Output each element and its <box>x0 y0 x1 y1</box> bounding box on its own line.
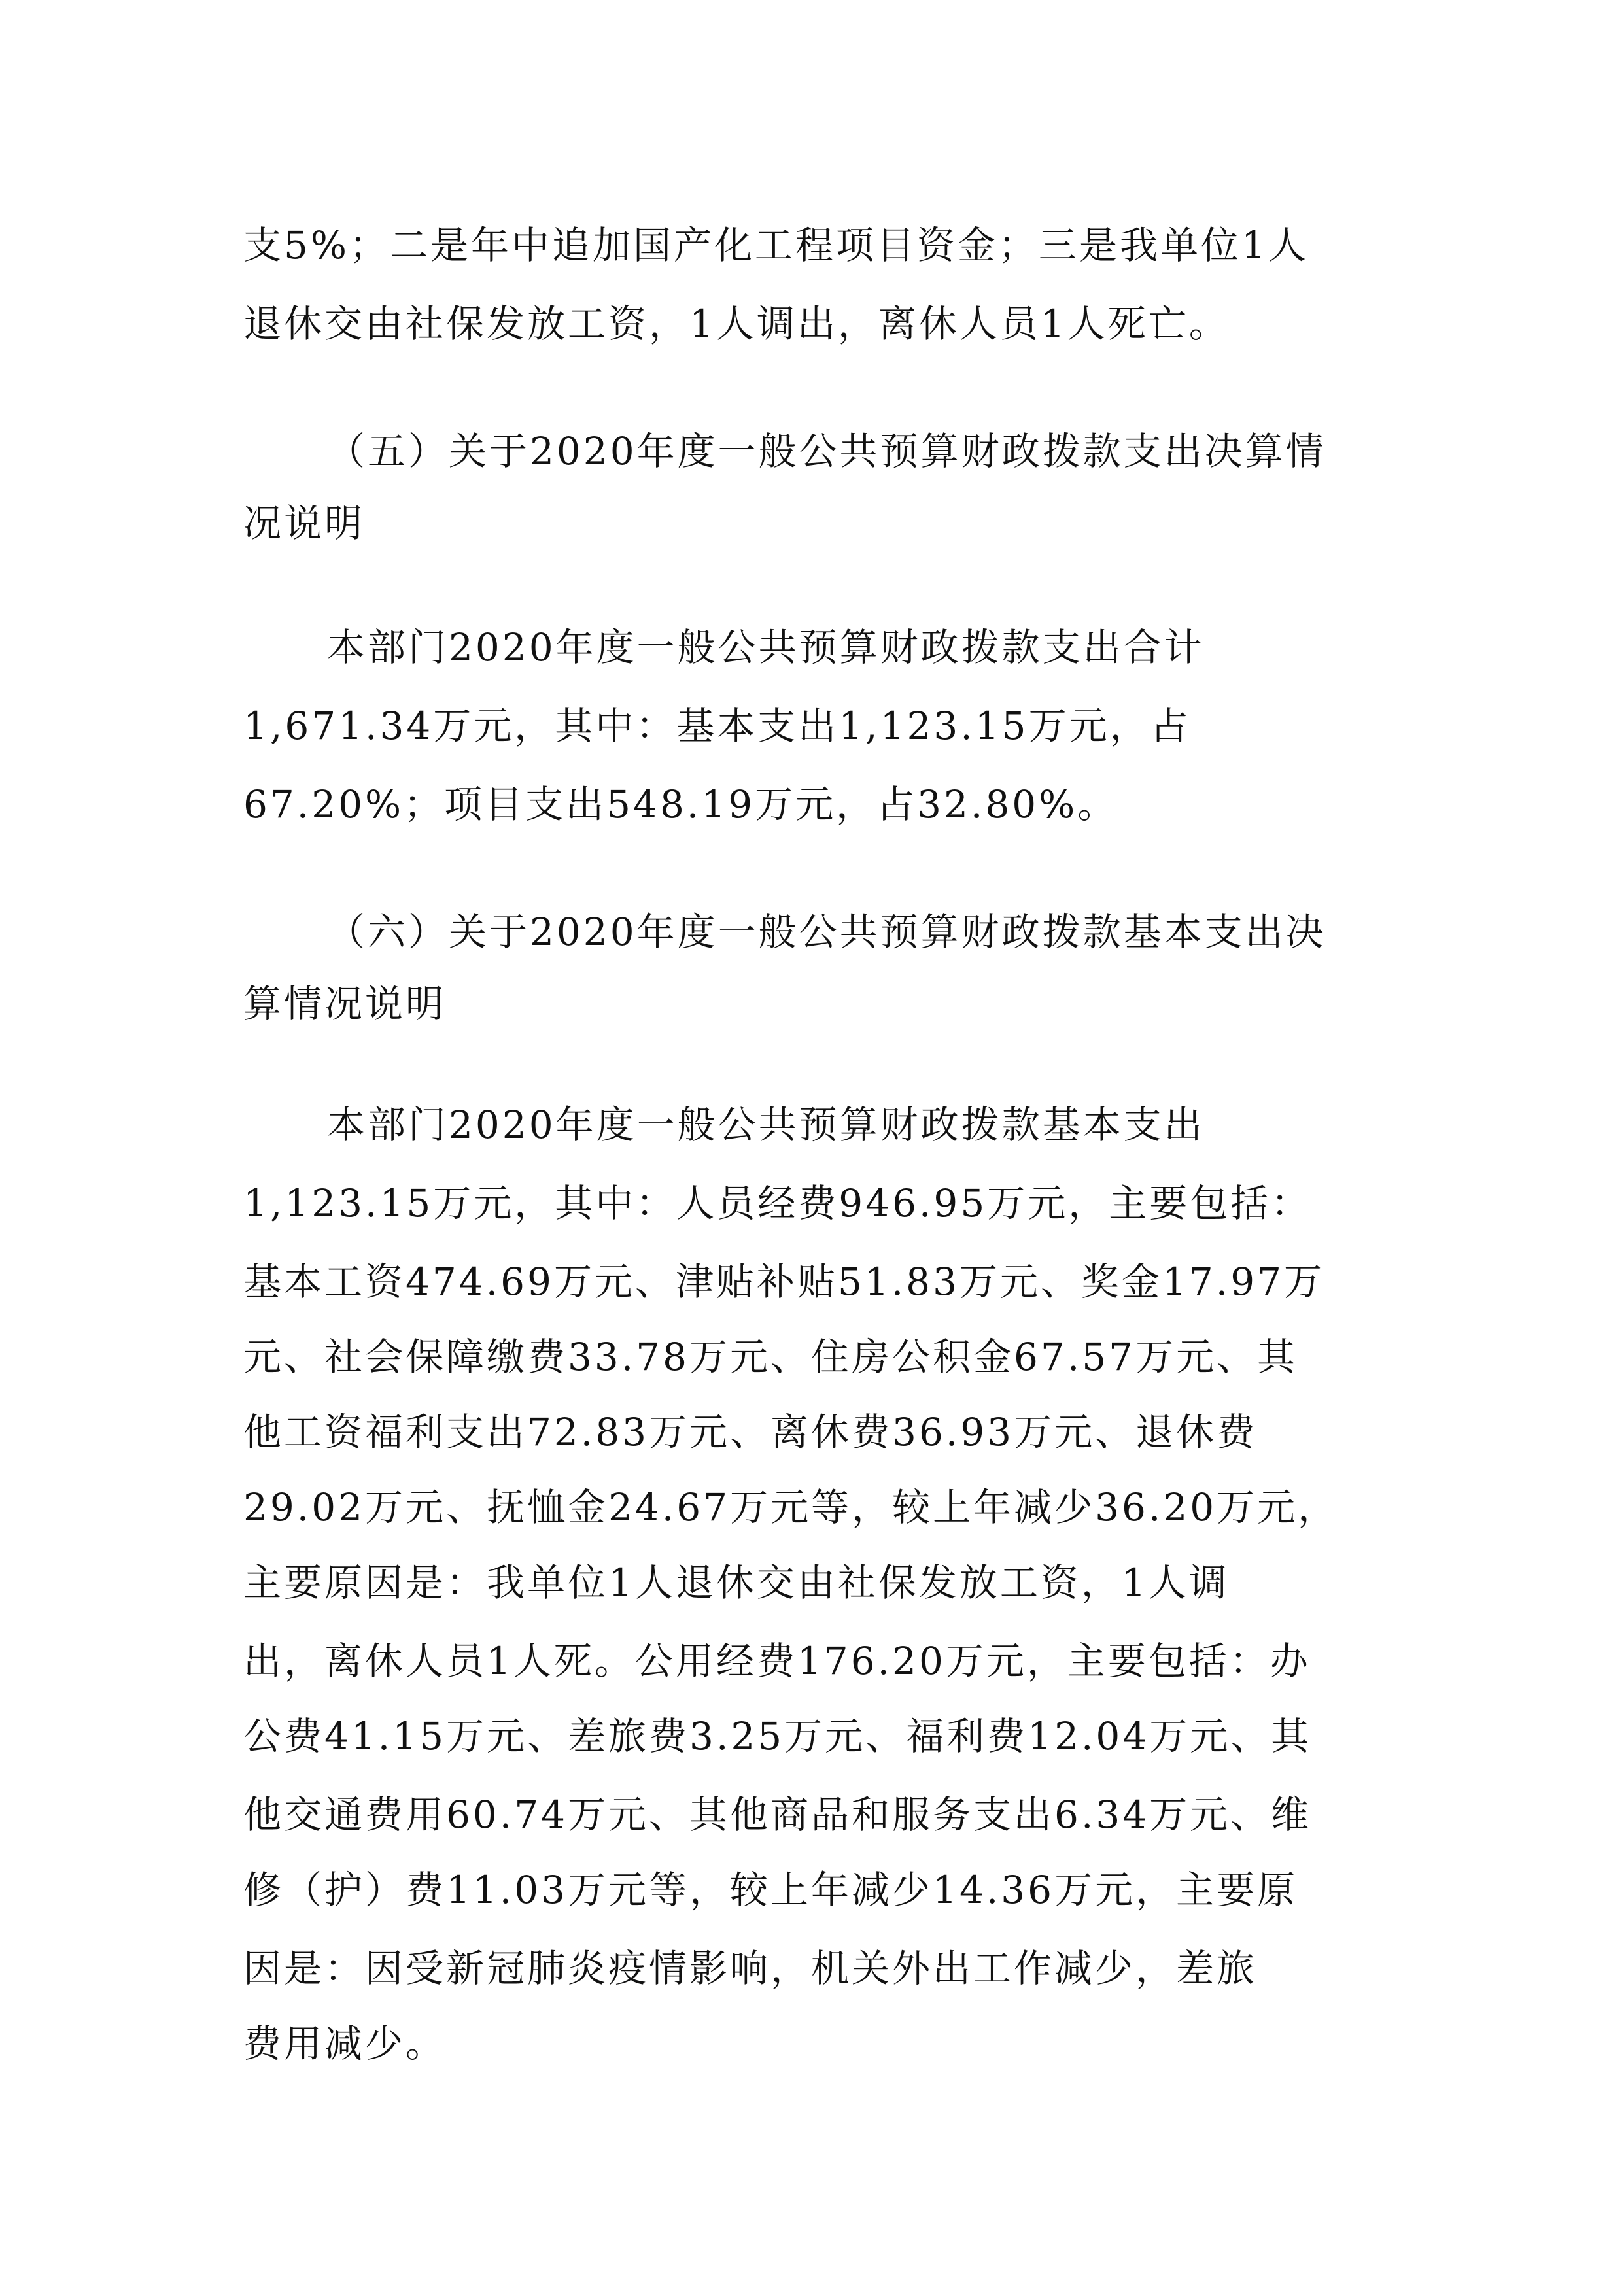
paragraph-line: 因是：因受新冠肺炎疫情影响，机关外出工作减少，差旅 <box>243 1945 1257 1991</box>
paragraph-line: 他工资福利支出72.83万元、离休费36.93万元、退休费 <box>243 1409 1257 1455</box>
paragraph-line: 基本工资474.69万元、津贴补贴51.83万元、奖金17.97万 <box>243 1259 1324 1305</box>
paragraph-line: 29.02万元、抚恤金24.67万元等，较上年减少36.20万元， <box>243 1484 1338 1530</box>
section-heading-5-cont: 况说明 <box>243 500 365 546</box>
paragraph-line: 出，离休人员1人死。公用经费176.20万元，主要包括：办 <box>243 1638 1311 1684</box>
paragraph-line: 退休交由社保发放工资，1人调出，离休人员1人死亡。 <box>243 301 1230 347</box>
paragraph-line: 公费41.15万元、差旅费3.25万元、福利费12.04万元、其 <box>243 1713 1311 1759</box>
paragraph-line: 费用减少。 <box>243 2021 446 2066</box>
paragraph-line: 本部门2020年度一般公共预算财政拨款基本支出 <box>327 1102 1205 1148</box>
paragraph-line: 支5%；二是年中追加国产化工程项目资金；三是我单位1人 <box>243 222 1309 268</box>
paragraph-line: 1,123.15万元，其中：人员经费946.95万元，主要包括： <box>243 1180 1311 1226</box>
paragraph-line: 他交通费用60.74万元、其他商品和服务支出6.34万元、维 <box>243 1792 1311 1838</box>
paragraph-line: 本部门2020年度一般公共预算财政拨款支出合计 <box>327 625 1205 670</box>
paragraph-line: 修（护）费11.03万元等，较上年减少14.36万元，主要原 <box>243 1867 1298 1913</box>
section-heading-6: （六）关于2020年度一般公共预算财政拨款基本支出决 <box>327 909 1326 955</box>
paragraph-line: 1,671.34万元，其中：基本支出1,123.15万元，占 <box>243 703 1191 749</box>
paragraph-line: 元、社会保障缴费33.78万元、住房公积金67.57万元、其 <box>243 1334 1298 1380</box>
paragraph-line: 主要原因是：我单位1人退休交由社保发放工资，1人调 <box>243 1560 1230 1605</box>
section-heading-6-cont: 算情况说明 <box>243 981 446 1027</box>
paragraph-line: 67.20%；项目支出548.19万元，占32.80%。 <box>243 781 1118 827</box>
section-heading-5: （五）关于2020年度一般公共预算财政拨款支出决算情 <box>327 428 1326 474</box>
document-page: 支5%；二是年中追加国产化工程项目资金；三是我单位1人 退休交由社保发放工资，1… <box>0 0 1624 2296</box>
